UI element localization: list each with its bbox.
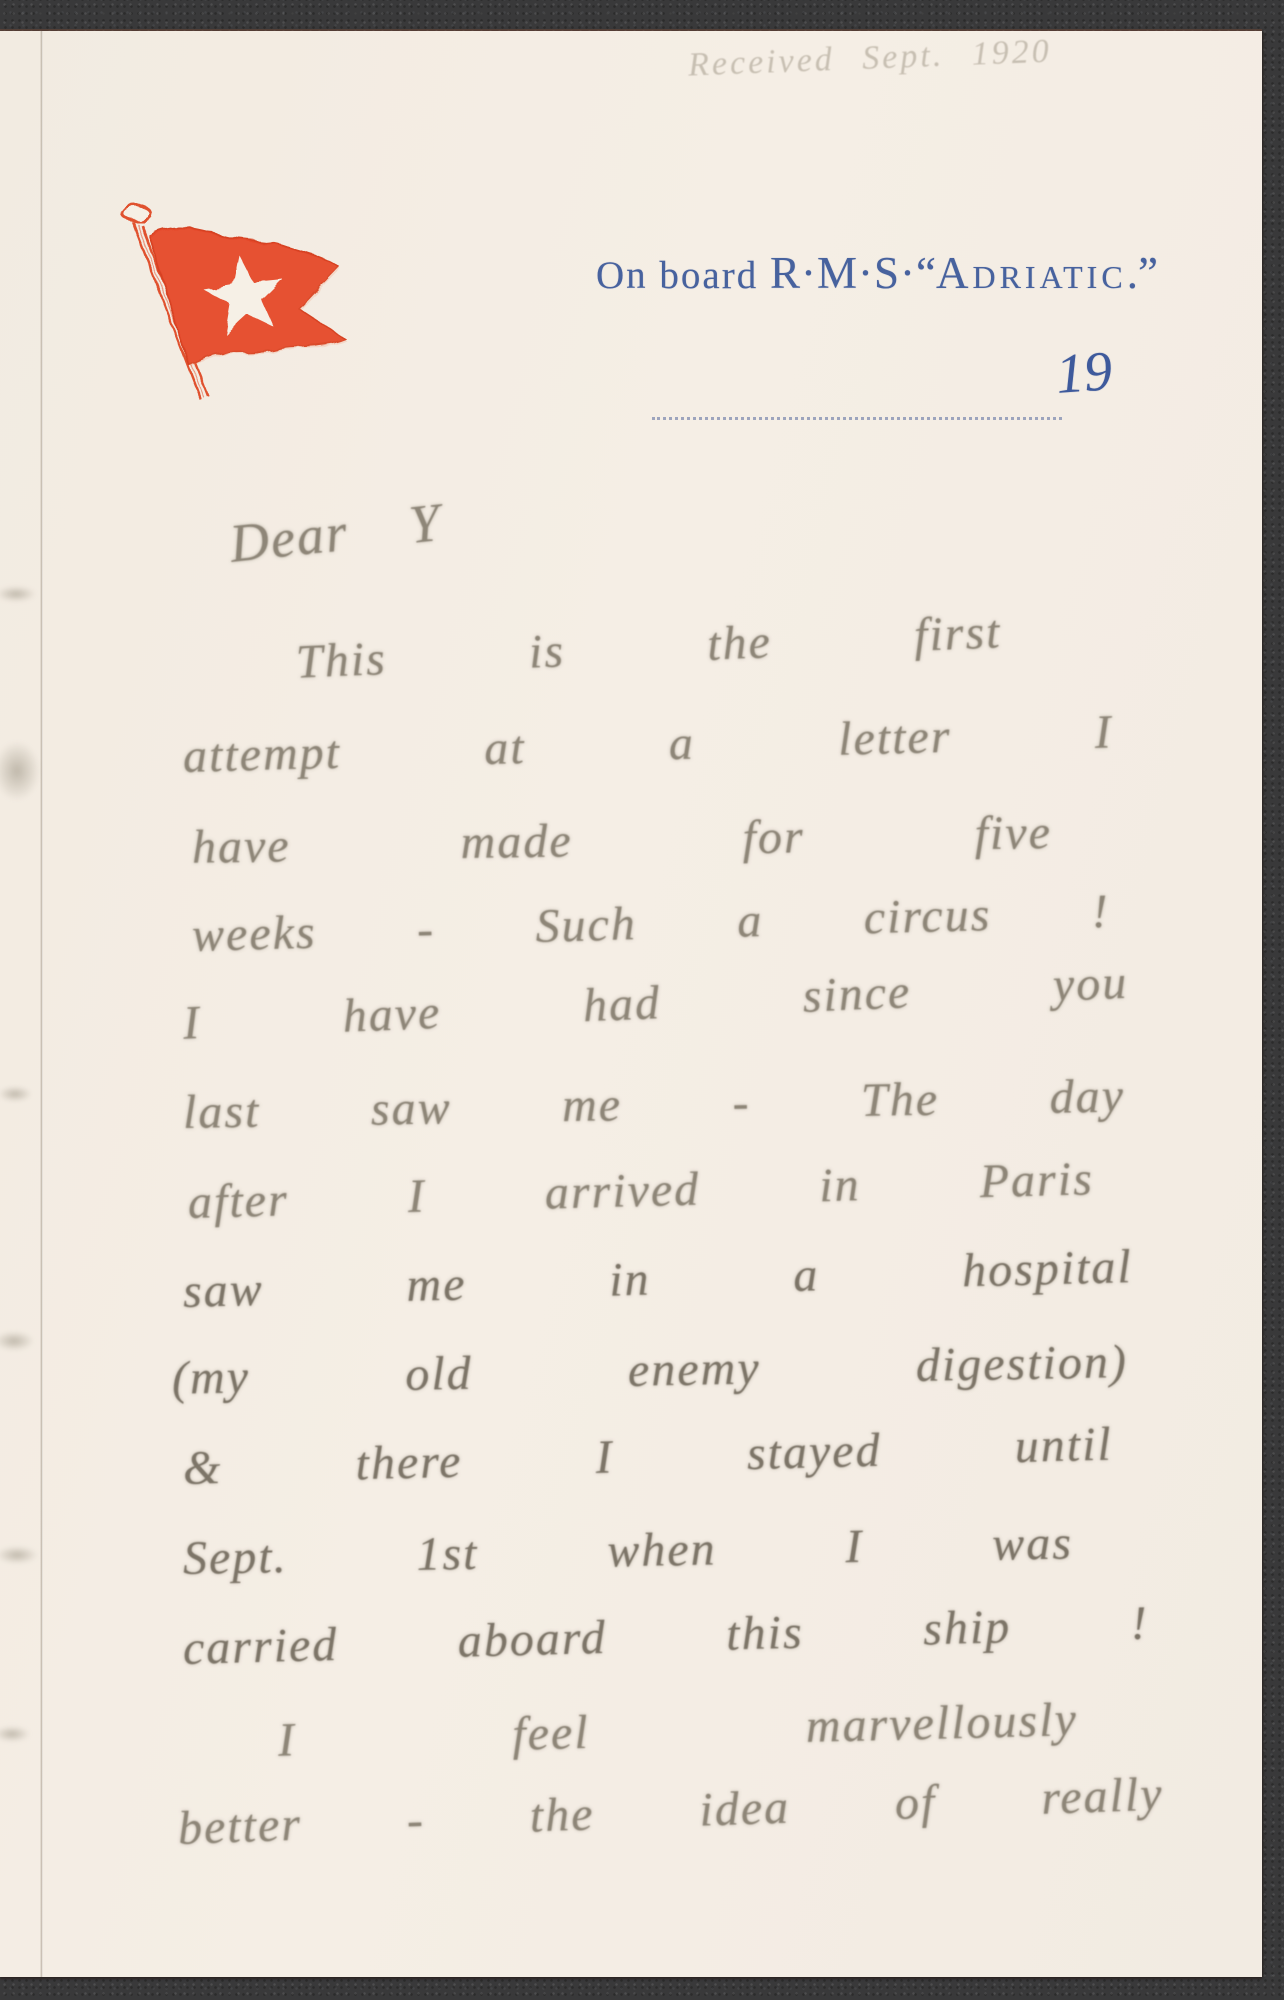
handwritten-line: Dear Y xyxy=(227,491,445,575)
show-through-mark xyxy=(0,1086,32,1102)
scanner-background: Received Sept. 1920 xyxy=(0,0,1284,2000)
letterhead-title: On board R·M·S·“Adriatic.” xyxy=(596,247,1158,299)
letterhead-open-quote: “ xyxy=(916,248,936,298)
handwritten-line: last saw me - The day xyxy=(183,1069,1126,1140)
letterhead-close-quote: .” xyxy=(1127,248,1158,298)
date-year-prefix: 19 xyxy=(1054,339,1114,407)
handwritten-line: This is the first xyxy=(295,604,1003,690)
white-star-line-flag-icon xyxy=(103,197,355,411)
show-through-mark xyxy=(0,1331,34,1351)
handwritten-line: I feel marvellously xyxy=(277,1692,1078,1768)
fold-crease xyxy=(40,31,43,1977)
handwritten-line: & there I stayed until xyxy=(182,1417,1113,1496)
handwritten-line: (my old enemy digestion) xyxy=(172,1334,1129,1406)
handwritten-line: weeks - Such a circus ! xyxy=(191,884,1110,963)
date-blank-rule xyxy=(652,383,1062,420)
handwritten-line: attempt at a letter I xyxy=(182,705,1113,784)
show-through-mark xyxy=(0,741,40,801)
handwritten-line: after I arrived in Paris xyxy=(187,1151,1094,1230)
handwritten-line: saw me in a hospital xyxy=(182,1239,1133,1319)
handwritten-line: Sept. 1st when I was xyxy=(183,1515,1074,1586)
letterhead-ship-name: Adriatic xyxy=(936,248,1127,298)
letterhead-rms: R·M·S· xyxy=(770,248,916,298)
received-date-annotation: Received Sept. 1920 xyxy=(687,27,1188,84)
handwritten-line: better - the idea of really xyxy=(177,1767,1164,1856)
handwritten-line: have made for five xyxy=(192,805,1053,875)
show-through-mark xyxy=(0,586,36,602)
show-through-mark xyxy=(0,1726,30,1742)
handwritten-line: I have had since you xyxy=(182,955,1129,1051)
letterhead-on-board: On board xyxy=(596,254,758,297)
show-through-mark xyxy=(0,1546,38,1564)
handwritten-line: carried aboard this ship ! xyxy=(182,1596,1149,1676)
letter-page: Received Sept. 1920 xyxy=(0,31,1262,1977)
